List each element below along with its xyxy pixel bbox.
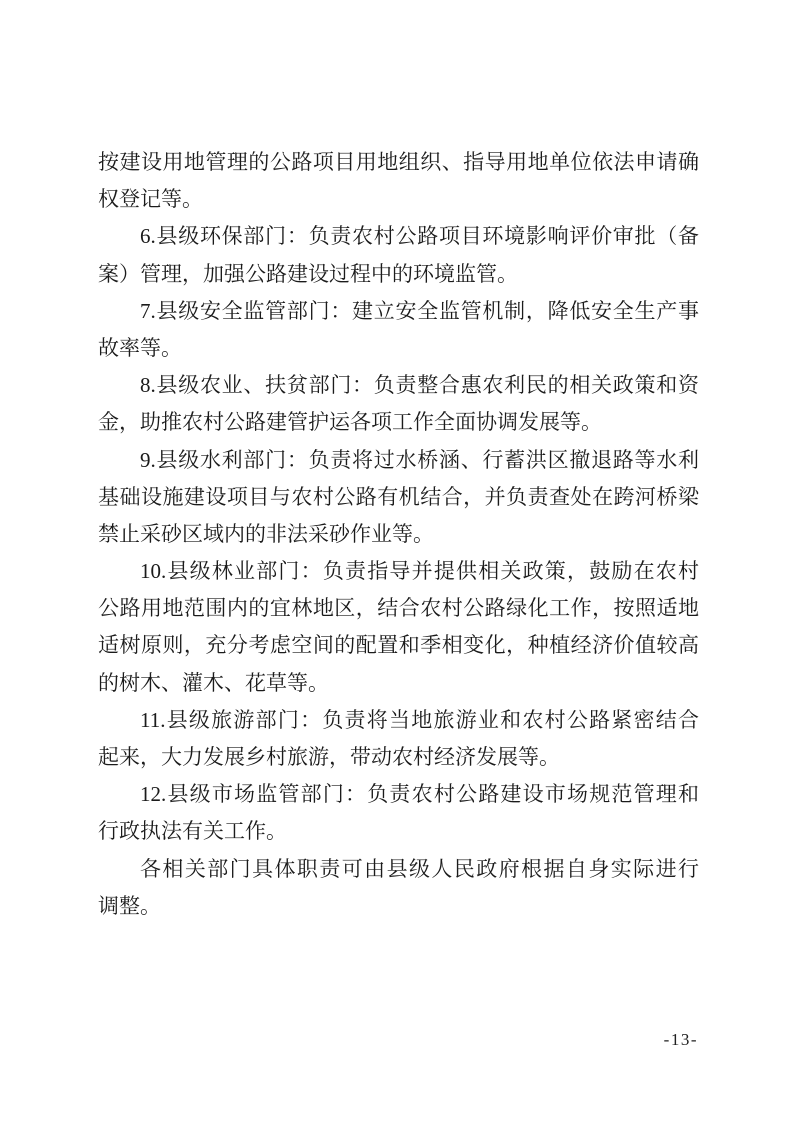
text-line: 案）管理，加强公路建设过程中的环境监管。 — [98, 256, 699, 293]
text-line: 故率等。 — [98, 330, 699, 367]
text-line: 9.县级水利部门：负责将过水桥涵、行蓄洪区撤退路等水利 — [98, 442, 699, 479]
text-line: 禁止采砂区域内的非法采砂作业等。 — [98, 516, 699, 553]
text-line: 适树原则，充分考虑空间的配置和季相变化，种植经济价值较高 — [98, 627, 699, 664]
text-line: 行政执法有关工作。 — [98, 813, 699, 850]
text-line: 10.县级林业部门：负责指导并提供相关政策，鼓励在农村 — [98, 553, 699, 590]
page-number: -13- — [664, 1030, 698, 1050]
text-line: 基础设施建设项目与农村公路有机结合，并负责查处在跨河桥梁 — [98, 479, 699, 516]
text-line: 12.县级市场监管部门：负责农村公路建设市场规范管理和 — [98, 776, 699, 813]
document-page: 按建设用地管理的公路项目用地组织、指导用地单位依法申请确权登记等。6.县级环保部… — [0, 0, 794, 1122]
text-block: 按建设用地管理的公路项目用地组织、指导用地单位依法申请确权登记等。6.县级环保部… — [98, 144, 699, 925]
text-line: 权登记等。 — [98, 181, 699, 218]
text-line: 各相关部门具体职责可由县级人民政府根据自身实际进行 — [98, 851, 699, 888]
text-line: 公路用地范围内的宜林地区，结合农村公路绿化工作，按照适地 — [98, 590, 699, 627]
text-line: 金，助推农村公路建管护运各项工作全面协调发展等。 — [98, 404, 699, 441]
text-line: 调整。 — [98, 888, 699, 925]
text-line: 6.县级环保部门：负责农村公路项目环境影响评价审批（备 — [98, 218, 699, 255]
text-line: 起来，大力发展乡村旅游，带动农村经济发展等。 — [98, 739, 699, 776]
text-line: 7.县级安全监管部门：建立安全监管机制，降低安全生产事 — [98, 293, 699, 330]
text-line: 8.县级农业、扶贫部门：负责整合惠农利民的相关政策和资 — [98, 367, 699, 404]
text-line: 11.县级旅游部门：负责将当地旅游业和农村公路紧密结合 — [98, 702, 699, 739]
text-line: 按建设用地管理的公路项目用地组织、指导用地单位依法申请确 — [98, 144, 699, 181]
text-line: 的树木、灌木、花草等。 — [98, 665, 699, 702]
